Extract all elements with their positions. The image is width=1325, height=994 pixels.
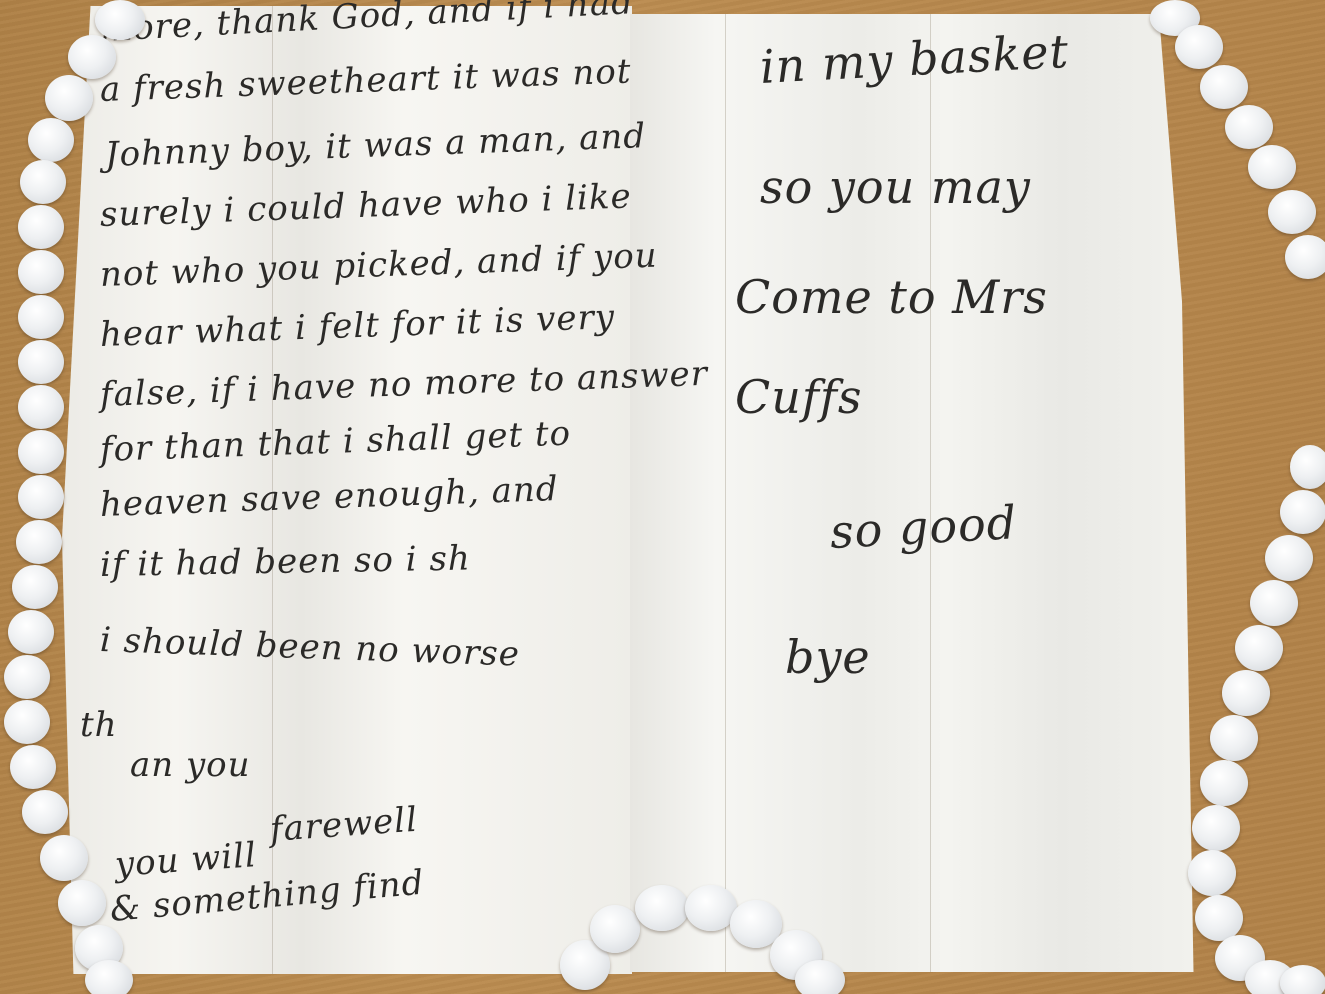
cord-bead (590, 905, 640, 953)
cord-bead (1285, 235, 1325, 279)
letter-line: if it had been so i sh (100, 539, 471, 585)
cord-bead (45, 75, 93, 121)
cord-bead (1235, 625, 1283, 671)
letter-line: an you (130, 745, 251, 785)
cord-bead (18, 430, 64, 474)
cord-bead (68, 35, 116, 79)
cord-bead (58, 880, 106, 926)
cord-bead (18, 295, 64, 339)
letter-line: th (80, 705, 118, 745)
cord-bead (16, 520, 62, 564)
cord-bead (10, 745, 56, 789)
letter-photo: more, thank God, and if i had a fresh sw… (0, 0, 1325, 994)
letter-line: so good (829, 495, 1019, 559)
cord-bead (28, 118, 74, 162)
cord-bead (795, 960, 845, 994)
cord-bead (18, 205, 64, 249)
cord-bead (1290, 445, 1325, 489)
letter-line: Cuffs (735, 370, 862, 424)
cord-bead (18, 475, 64, 519)
cord-bead (1188, 850, 1236, 896)
cord-bead (18, 385, 64, 429)
cord-bead (20, 160, 66, 204)
cord-bead (1265, 535, 1313, 581)
fold-crease (725, 14, 726, 972)
cord-bead (4, 700, 50, 744)
cord-bead (1280, 490, 1325, 534)
cord-bead (1225, 105, 1273, 149)
cord-bead (1175, 25, 1223, 69)
cord-bead (1248, 145, 1296, 189)
letter-line: bye (785, 630, 871, 684)
fold-crease (930, 14, 931, 972)
cord-bead (1192, 805, 1240, 851)
cord-bead (12, 565, 58, 609)
cord-bead (18, 340, 64, 384)
cord-bead (1250, 580, 1298, 626)
cord-bead (1210, 715, 1258, 761)
cord-bead (635, 885, 689, 931)
cord-bead (4, 655, 50, 699)
cord-bead (1200, 65, 1248, 109)
cord-bead (85, 960, 133, 994)
cord-bead (1200, 760, 1248, 806)
cord-bead (18, 250, 64, 294)
letter-line: so you may (760, 160, 1031, 214)
cord-bead (40, 835, 88, 881)
cord-bead (1268, 190, 1316, 234)
cord-bead (95, 0, 145, 40)
cord-bead (1280, 965, 1325, 994)
letter-line: Come to Mrs (735, 270, 1048, 324)
cord-bead (8, 610, 54, 654)
cord-bead (1195, 895, 1243, 941)
cord-bead (22, 790, 68, 834)
right-page (630, 14, 1205, 972)
cord-bead (1222, 670, 1270, 716)
